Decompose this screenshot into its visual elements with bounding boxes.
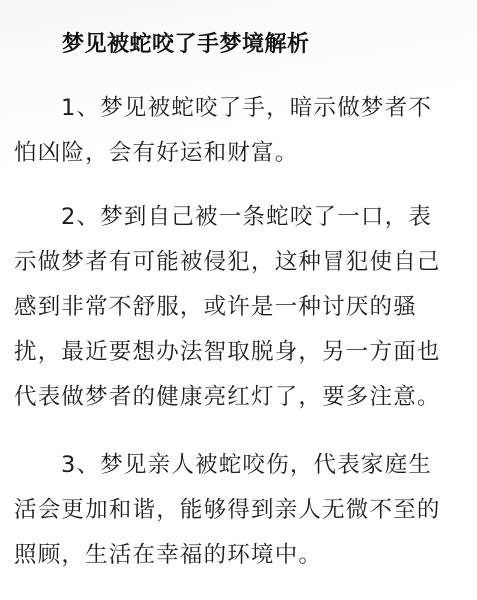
document-page: 梦见被蛇咬了手梦境解析 1、梦见被蛇咬了手，暗示做梦者不 怕凶险，会有好运和财富… — [0, 0, 477, 600]
paragraph-line: 怕凶险，会有好运和财富。 — [14, 131, 474, 176]
paragraph-3: 3、梦见亲人被蛇咬伤，代表家庭生 活会更加和谐，能够得到亲人无微不至的 照顾，生… — [14, 443, 474, 578]
paragraph-line: 感到非常不舒服，或许是一种讨厌的骚 — [14, 285, 474, 330]
paragraph-2: 2、梦到自己被一条蛇咬了一口，表 示做梦者有可能被侵犯，这种冒犯使自己 感到非常… — [14, 195, 474, 420]
paragraph-1: 1、梦见被蛇咬了手，暗示做梦者不 怕凶险，会有好运和财富。 — [14, 86, 474, 176]
paragraph-line: 活会更加和谐，能够得到亲人无微不至的 — [14, 488, 474, 533]
paragraph-line: 2、梦到自己被一条蛇咬了一口，表 — [14, 195, 474, 240]
paragraph-line: 示做梦者有可能被侵犯，这种冒犯使自己 — [14, 240, 474, 285]
paragraph-line: 扰，最近要想办法智取脱身，另一方面也 — [14, 330, 474, 375]
document-title: 梦见被蛇咬了手梦境解析 — [62, 28, 310, 62]
paragraph-line: 3、梦见亲人被蛇咬伤，代表家庭生 — [14, 443, 474, 488]
paragraph-line: 代表做梦者的健康亮红灯了，要多注意。 — [14, 375, 474, 420]
paragraph-line: 1、梦见被蛇咬了手，暗示做梦者不 — [14, 86, 474, 131]
paragraph-line: 照顾，生活在幸福的环境中。 — [14, 533, 474, 578]
